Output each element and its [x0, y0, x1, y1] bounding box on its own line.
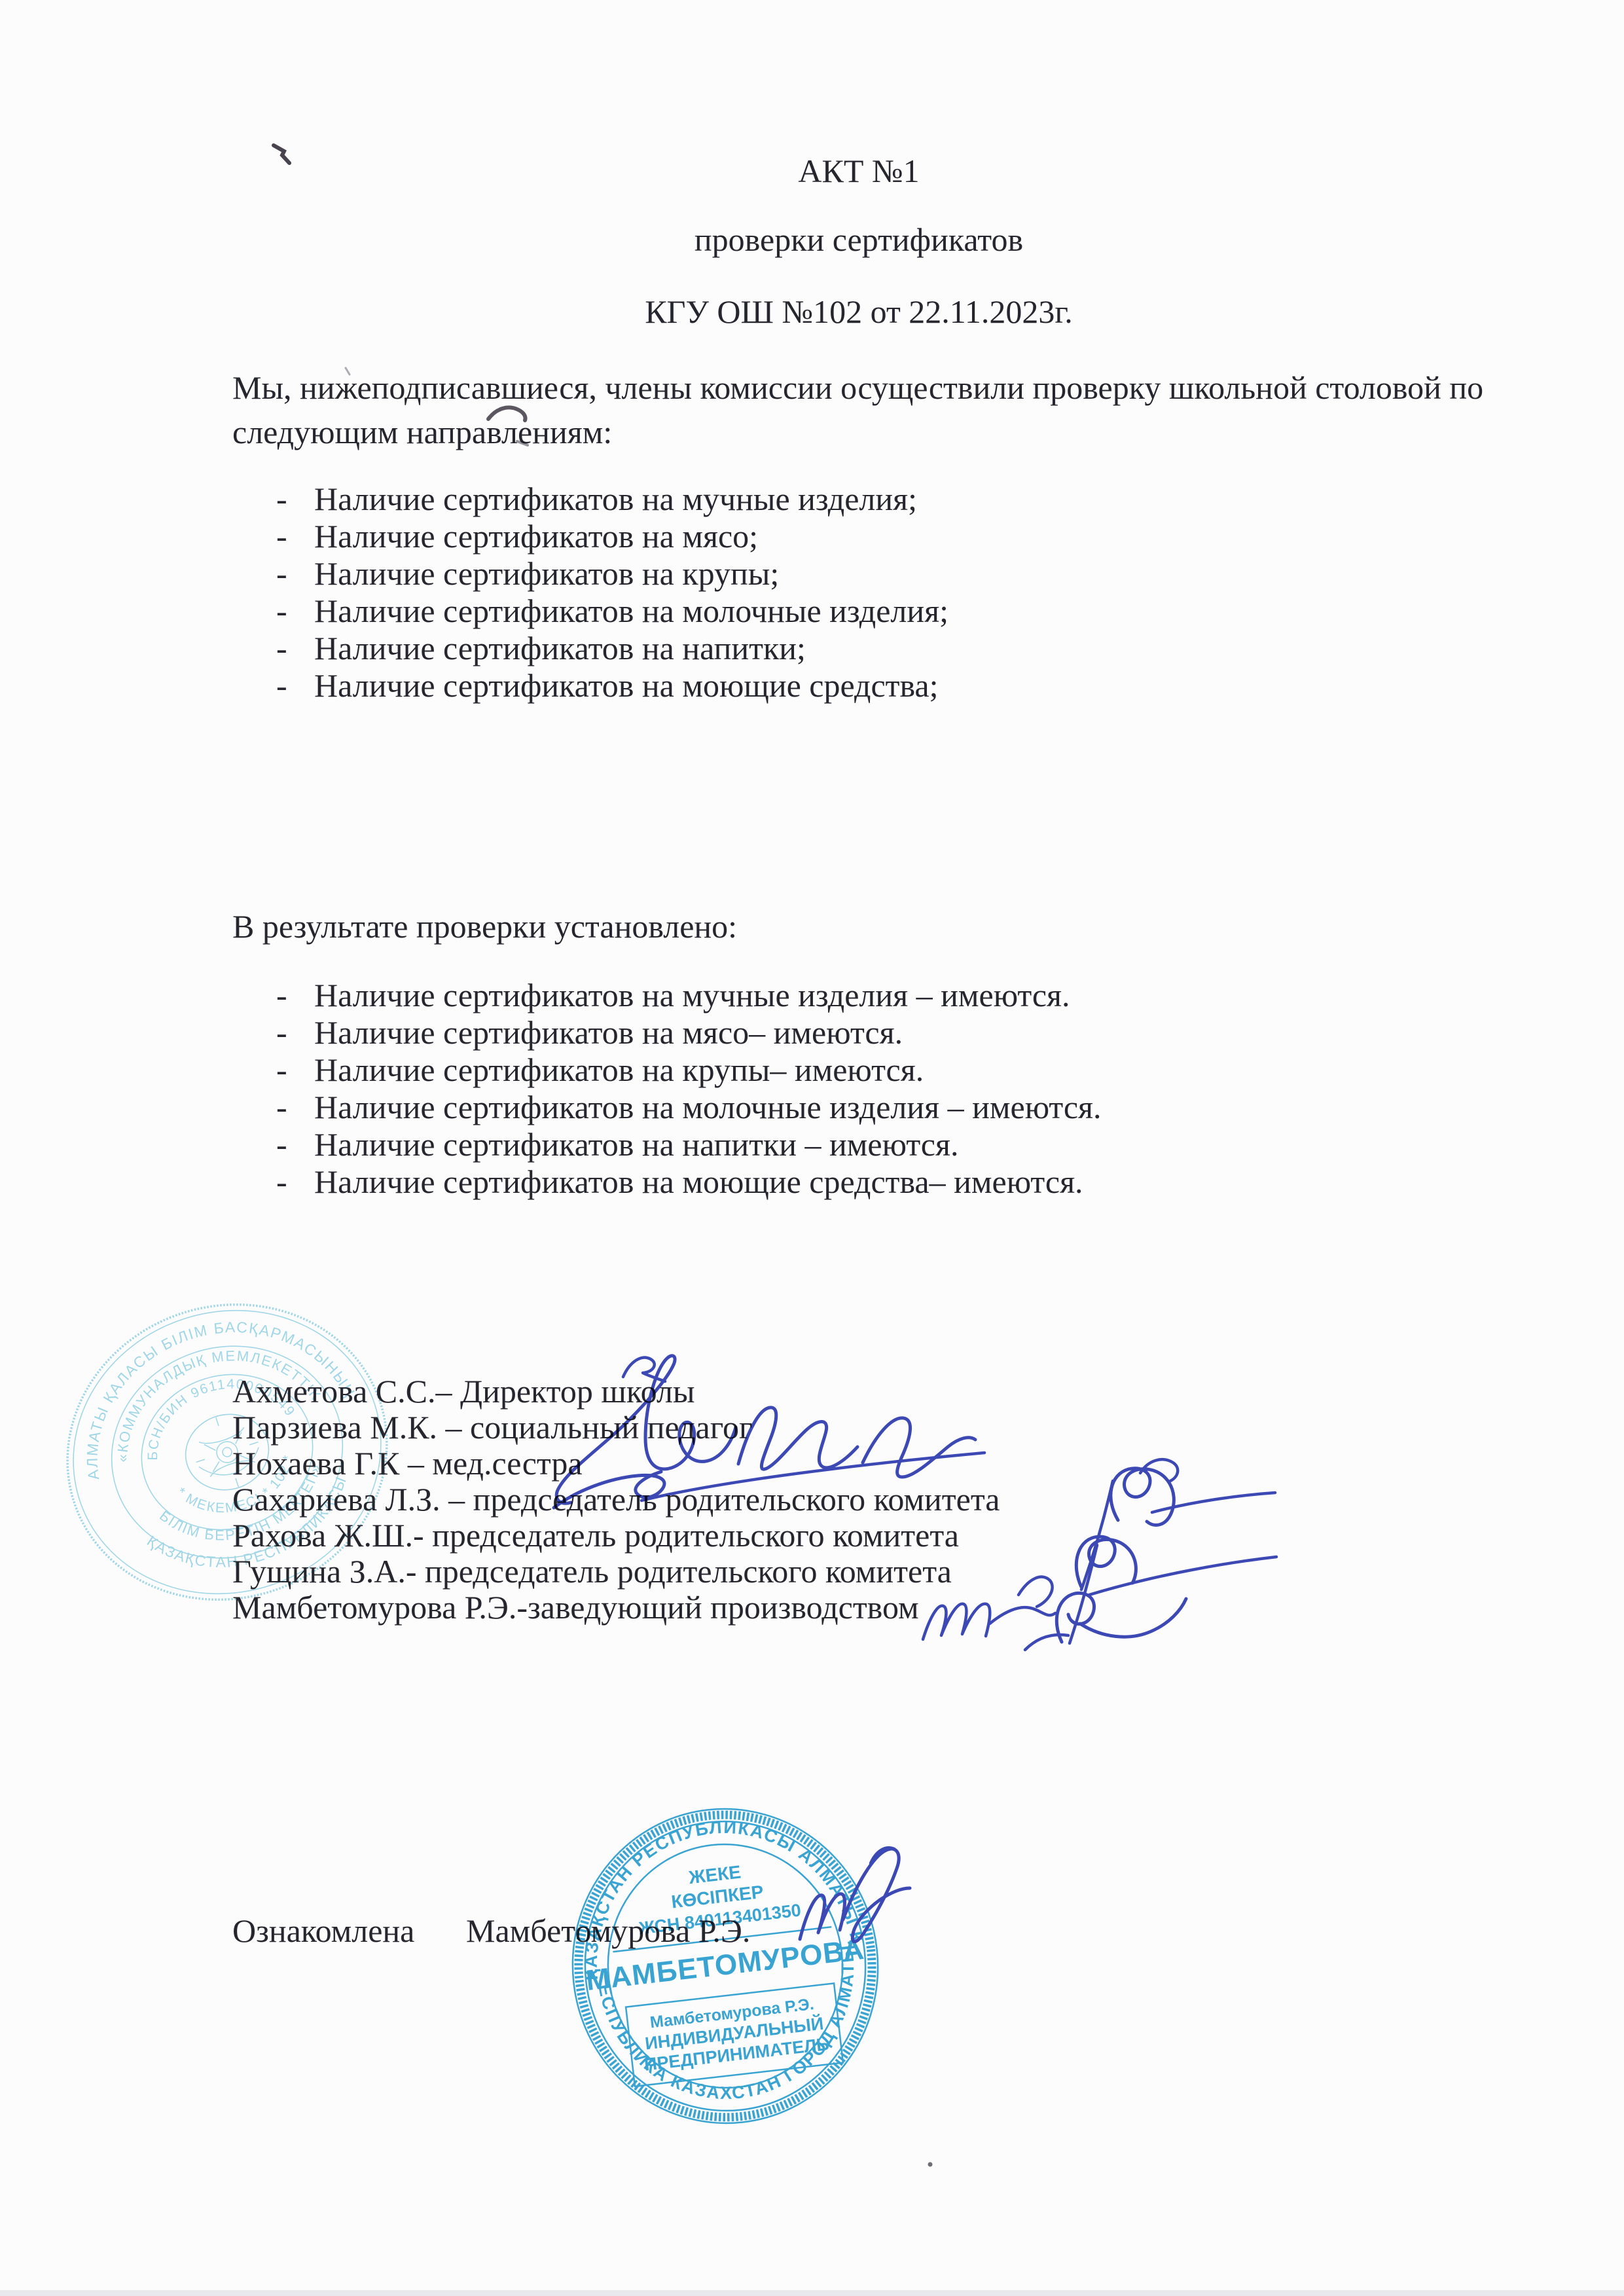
title-line-3: КГУ ОШ №102 от 22.11.2023г. [232, 292, 1485, 331]
list-dash: - [276, 666, 314, 704]
intro-line-1: Мы, нижеподписавшиеся, члены комиссии ос… [232, 365, 1483, 410]
list-dash: - [276, 976, 314, 1014]
intro-line-2: следующим направлениям: [232, 410, 1483, 454]
list-item: -Наличие сертификатов на моющие средства… [276, 1163, 1102, 1200]
results-heading: В результате проверки установлено: [232, 907, 737, 945]
title-line-2: проверки сертификатов [232, 220, 1485, 259]
list-item-text: Наличие сертификатов на мясо; [314, 517, 758, 555]
document-body: АКТ №1 проверки сертификатов КГУ ОШ №102… [0, 0, 1624, 2296]
commission-member: Сахариева Л.З. – председатель родительск… [232, 1482, 1000, 1518]
list-dash: - [276, 1125, 314, 1163]
list-dash: - [276, 629, 314, 667]
commission-member: Гущина З.А.- председатель родительского … [232, 1554, 1000, 1590]
list-item-text: Наличие сертификатов на крупы– имеются. [314, 1051, 924, 1089]
checklist: -Наличие сертификатов на мучные изделия;… [276, 480, 948, 704]
commission-list: Ахметова С.С.– Директор школы Парзиева М… [232, 1374, 1000, 1626]
list-dash: - [276, 1163, 314, 1201]
commission-member: Ахметова С.С.– Директор школы [232, 1374, 1000, 1410]
commission-member: Мамбетомурова Р.Э.-заведующий производст… [232, 1590, 1000, 1626]
list-item: -Наличие сертификатов на мучные изделия … [276, 976, 1102, 1013]
list-item: -Наличие сертификатов на крупы– имеются. [276, 1051, 1102, 1088]
results-list: -Наличие сертификатов на мучные изделия … [276, 976, 1102, 1200]
list-item: -Наличие сертификатов на крупы; [276, 555, 948, 592]
list-item-text: Наличие сертификатов на молочные изделия… [314, 1088, 1102, 1126]
list-dash: - [276, 1051, 314, 1089]
list-item-text: Наличие сертификатов на мучные изделия –… [314, 976, 1070, 1014]
list-item-text: Наличие сертификатов на моющие средства; [314, 666, 939, 704]
list-dash: - [276, 480, 314, 518]
list-item: -Наличие сертификатов на молочные издели… [276, 1088, 1102, 1125]
list-item: -Наличие сертификатов на мясо– имеются. [276, 1013, 1102, 1051]
list-item-text: Наличие сертификатов на молочные изделия… [314, 592, 948, 630]
list-dash: - [276, 592, 314, 630]
list-item: -Наличие сертификатов на напитки – имеют… [276, 1125, 1102, 1163]
list-item: -Наличие сертификатов на мучные изделия; [276, 480, 948, 517]
list-item-text: Наличие сертификатов на мучные изделия; [314, 480, 917, 518]
intro-paragraph: Мы, нижеподписавшиеся, члены комиссии ос… [232, 365, 1483, 454]
commission-member: Рахова Ж.Ш.- председатель родительского … [232, 1518, 1000, 1554]
list-item-text: Наличие сертификатов на мясо– имеются. [314, 1013, 903, 1051]
list-dash: - [276, 555, 314, 592]
acknowledgement-label: Ознакомлена [232, 1912, 414, 1950]
list-item: -Наличие сертификатов на молочные издели… [276, 592, 948, 629]
list-item: -Наличие сертификатов на мясо; [276, 517, 948, 555]
list-item-text: Наличие сертификатов на моющие средства–… [314, 1163, 1083, 1201]
list-item: -Наличие сертификатов на напитки; [276, 629, 948, 666]
list-dash: - [276, 1013, 314, 1051]
list-dash: - [276, 1088, 314, 1126]
list-item-text: Наличие сертификатов на напитки – имеютс… [314, 1125, 958, 1163]
list-dash: - [276, 517, 314, 555]
list-item: -Наличие сертификатов на моющие средства… [276, 666, 948, 704]
title-line-1: АКТ №1 [232, 151, 1485, 191]
list-item-text: Наличие сертификатов на напитки; [314, 629, 806, 667]
scanned-act-page: АЛМАТЫ ҚАЛАСЫ БІЛІМ БАСҚАРМАСЫНЫҢ ҚАЗАҚС… [0, 0, 1624, 2296]
commission-member: Нохаева Г.К – мед.сестра [232, 1446, 1000, 1482]
list-item-text: Наличие сертификатов на крупы; [314, 555, 779, 592]
acknowledgement-name: Мамбетомурова Р.Э. [466, 1912, 750, 1950]
commission-member: Парзиева М.К. – социальный педагог [232, 1410, 1000, 1446]
